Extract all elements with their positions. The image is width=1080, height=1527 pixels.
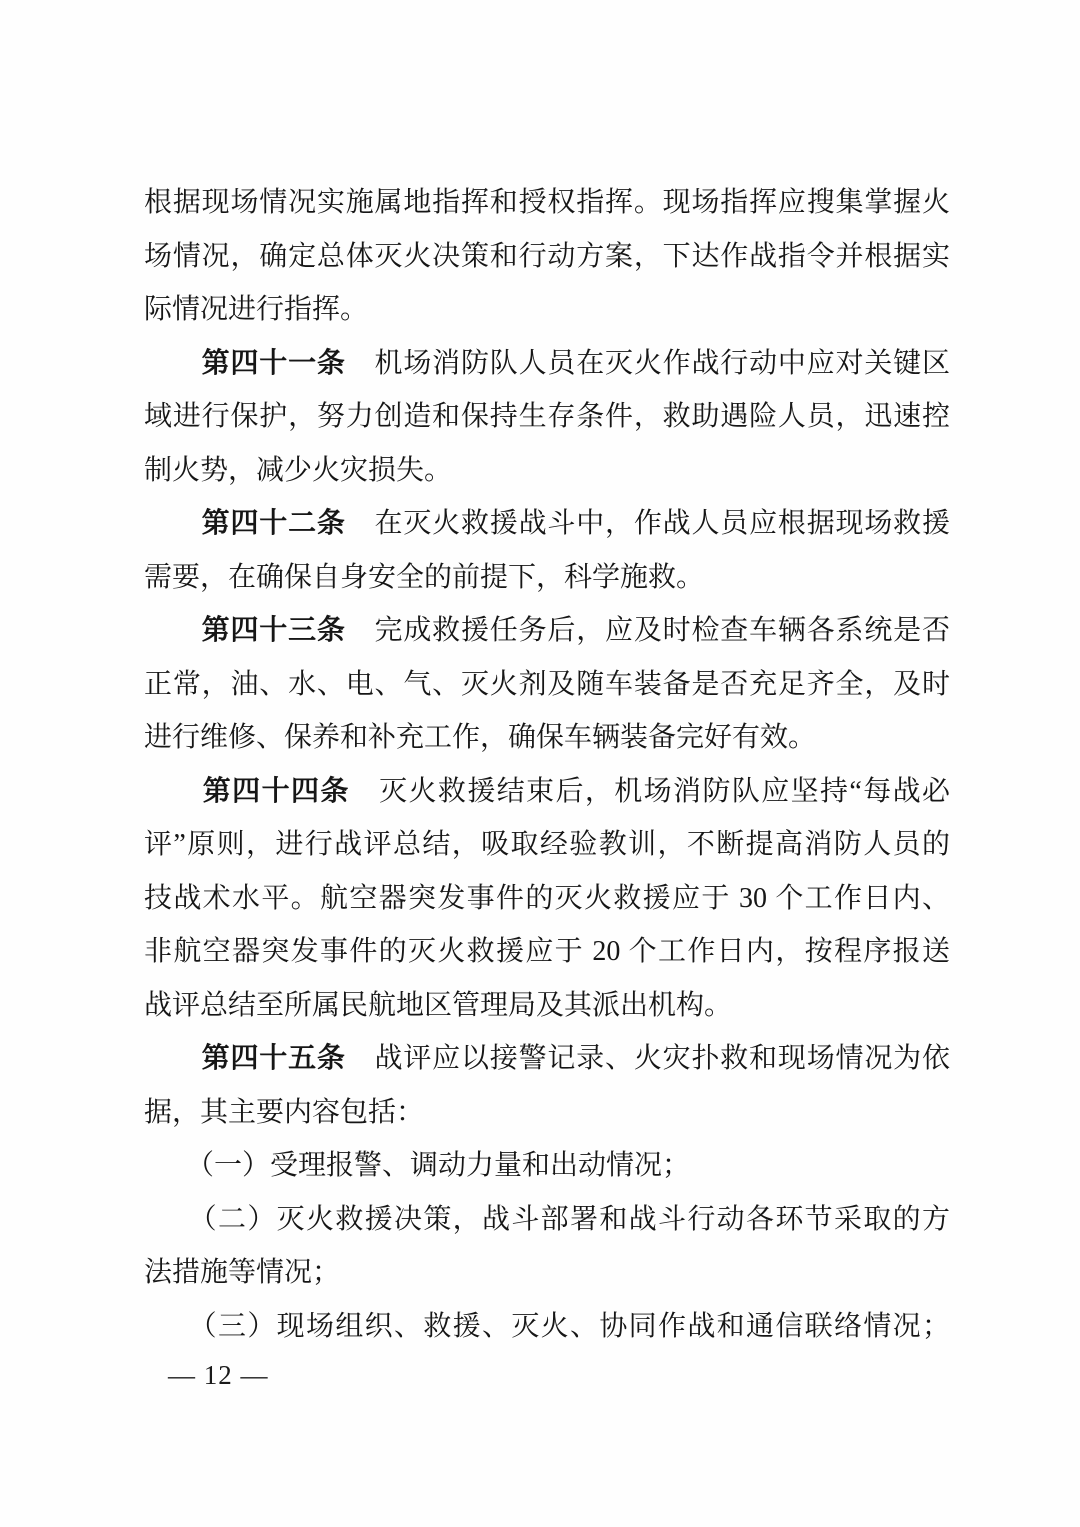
article-42-label: 第四十二条: [144, 508, 346, 539]
text-line: 评”原则，进行战评总结，吸取经验教训，不断提高消防人员的: [144, 818, 950, 872]
text-run: 根据现场情况实施属地指挥和授权指挥。现场指挥应搜集掌握火: [144, 187, 950, 218]
text-line-item-3: （三）现场组织、救援、灭火、协同作战和通信联络情况；: [144, 1300, 950, 1354]
text-line: 技战术水平。航空器突发事件的灭火救援应于 30 个工作日内、: [144, 872, 950, 926]
text-run: 制火势，减少火灾损失。: [144, 455, 452, 486]
text-line-article-45: 第四十五条 战评应以接警记录、火灾扑救和现场情况为依: [144, 1032, 950, 1086]
text-run: 完成救援任务后，应及时检查车辆各系统是否: [346, 615, 950, 646]
text-run: 非航空器突发事件的灭火救援应于 20 个工作日内，按程序报送: [144, 936, 950, 967]
text-run: 据，其主要内容包括：: [144, 1097, 424, 1128]
article-43-label: 第四十三条: [144, 615, 346, 646]
text-run: 技战术水平。航空器突发事件的灭火救援应于 30 个工作日内、: [144, 883, 950, 914]
text-run: 战评总结至所属民航地区管理局及其派出机构。: [144, 990, 732, 1021]
text-line: 法措施等情况；: [144, 1246, 950, 1300]
text-line-article-44: 第四十四条 灭火救援结束后，机场消防队应坚持“每战必: [144, 765, 950, 819]
text-line-article-41: 第四十一条 机场消防队人员在灭火作战行动中应对关键区: [144, 337, 950, 391]
document-page: 根据现场情况实施属地指挥和授权指挥。现场指挥应搜集掌握火 场情况，确定总体灭火决…: [0, 0, 1080, 1527]
article-45-label: 第四十五条: [144, 1043, 346, 1074]
text-run: 正常，油、水、电、气、灭火剂及随车装备是否充足齐全，及时: [144, 669, 950, 700]
text-run: （一）受理报警、调动力量和出动情况；: [144, 1150, 690, 1181]
text-line-item-1: （一）受理报警、调动力量和出动情况；: [144, 1139, 950, 1193]
article-44-label: 第四十四条: [144, 776, 350, 807]
text-line: 战评总结至所属民航地区管理局及其派出机构。: [144, 979, 950, 1033]
text-run: 在灭火救援战斗中，作战人员应根据现场救援: [346, 508, 950, 539]
text-run: 评”原则，进行战评总结，吸取经验教训，不断提高消防人员的: [144, 829, 950, 860]
text-line: 制火势，减少火灾损失。: [144, 444, 950, 498]
text-line-article-43: 第四十三条 完成救援任务后，应及时检查车辆各系统是否: [144, 604, 950, 658]
text-run: 战评应以接警记录、火灾扑救和现场情况为依: [346, 1043, 950, 1074]
text-line: 际情况进行指挥。: [144, 283, 950, 337]
text-line-item-2: （二）灭火救援决策，战斗部署和战斗行动各环节采取的方: [144, 1193, 950, 1247]
text-run: 法措施等情况；: [144, 1257, 340, 1288]
text-run: 需要，在确保自身安全的前提下，科学施救。: [144, 562, 704, 593]
text-run: 际情况进行指挥。: [144, 294, 368, 325]
text-line: 场情况，确定总体灭火决策和行动方案，下达作战指令并根据实: [144, 230, 950, 284]
text-run: 机场消防队人员在灭火作战行动中应对关键区: [346, 348, 950, 379]
text-run: 场情况，确定总体灭火决策和行动方案，下达作战指令并根据实: [144, 241, 950, 272]
text-run: 灭火救援结束后，机场消防队应坚持“每战必: [350, 776, 950, 807]
page-number: — 12 —: [168, 1355, 269, 1395]
text-run: （二）灭火救援决策，战斗部署和战斗行动各环节采取的方: [144, 1204, 950, 1235]
text-line: 非航空器突发事件的灭火救援应于 20 个工作日内，按程序报送: [144, 925, 950, 979]
article-41-label: 第四十一条: [144, 348, 346, 379]
text-line: 根据现场情况实施属地指挥和授权指挥。现场指挥应搜集掌握火: [144, 176, 950, 230]
text-run: （三）现场组织、救援、灭火、协同作战和通信联络情况；: [144, 1311, 950, 1342]
text-line: 域进行保护，努力创造和保持生存条件，救助遇险人员，迅速控: [144, 390, 950, 444]
text-line: 正常，油、水、电、气、灭火剂及随车装备是否充足齐全，及时: [144, 658, 950, 712]
text-run: 进行维修、保养和补充工作，确保车辆装备完好有效。: [144, 722, 816, 753]
text-line-article-42: 第四十二条 在灭火救援战斗中，作战人员应根据现场救援: [144, 497, 950, 551]
text-line: 需要，在确保自身安全的前提下，科学施救。: [144, 551, 950, 605]
text-line: 进行维修、保养和补充工作，确保车辆装备完好有效。: [144, 711, 950, 765]
document-body: 根据现场情况实施属地指挥和授权指挥。现场指挥应搜集掌握火 场情况，确定总体灭火决…: [144, 176, 950, 1353]
text-run: 域进行保护，努力创造和保持生存条件，救助遇险人员，迅速控: [144, 401, 950, 432]
text-line: 据，其主要内容包括：: [144, 1086, 950, 1140]
